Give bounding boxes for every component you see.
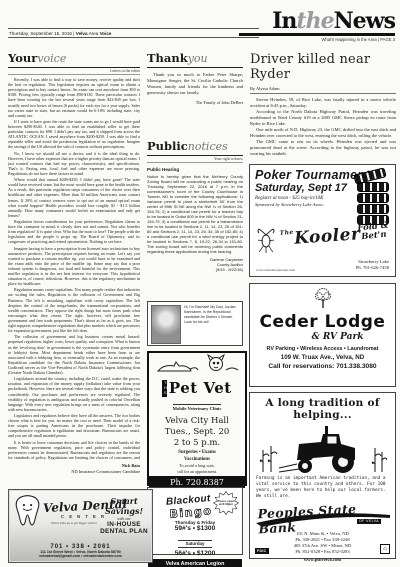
paper-name-velva: Velva xyxy=(76,31,88,36)
poker-chip xyxy=(357,204,389,214)
fdic-badge: FDIC xyxy=(255,548,269,554)
peoples-state-bank-ad: A long tradition of helping... Farming i… xyxy=(249,392,396,559)
thank-you-body: Thank you so much to Father Peter Sharpe… xyxy=(147,72,243,96)
your-voice-title-italic: voice xyxy=(37,52,66,65)
public-notices-heading: Publicnotices xyxy=(147,138,243,156)
letter-paragraph: It is better to leave consumer decisions… xyxy=(8,440,140,461)
kooler-logo-name: Kooler xyxy=(294,224,362,249)
letter-paragraph: Regulation means crony-capitalism. Not m… xyxy=(8,287,140,333)
article-paragraph: The GMC came to rest on its wheels. Hvin… xyxy=(250,139,396,156)
bank-logo: Peoples State Bank OF VELVA xyxy=(256,503,389,529)
bingo-day2: Saturday xyxy=(178,540,213,548)
driver-article: Driver killed near Ryder By Alyssa Adam … xyxy=(250,50,396,157)
poker-url: www.strawberrykooler.com xyxy=(256,268,295,272)
dental-promo: Smart Savings! with our IN-HOUSE DENTAL … xyxy=(100,496,148,535)
public-notices-section: Publicnotices Your right to know Public … xyxy=(147,138,243,273)
letter-paragraph: If I went to have gone the route the sta… xyxy=(8,119,140,150)
public-notices-title-bold: Public xyxy=(147,139,188,153)
poker-tournament-ad: Poker Tournament Saturday, Sept 17 Regis… xyxy=(249,164,396,277)
dental-tagline: Where folks go to get bigger smiles! xyxy=(51,521,97,525)
starburst-icon: Doors open at 6:30pm xyxy=(213,491,239,515)
thank-you-title-bold: Thank xyxy=(147,51,188,65)
notice-signature-dates: (9/15 - 9/22/16) xyxy=(147,267,243,272)
letter-paragraph: Regulation favors consideration for your… xyxy=(8,219,140,245)
public-notices-title-italic: notices xyxy=(188,140,228,153)
letter-signature: Nick Bata ND Insurance Commissioner Cand… xyxy=(8,463,140,474)
poker-chip xyxy=(357,182,389,192)
masthead-tagline: What's Happening in the Area | PAGE 3 xyxy=(239,37,395,42)
bank-body-text: Farming is an important American traditi… xyxy=(256,476,389,500)
poker-phone: Ph. 701-626-7458 xyxy=(356,265,389,271)
pet-vet-location: Velva City Hall xyxy=(149,417,245,427)
thank-you-section: Thankyou Thank you so much to Father Pet… xyxy=(147,50,243,106)
pet-vet-subtitle: Mobile Veterinary Clinic xyxy=(173,404,222,411)
thank-you-signature: The Family of John DeBert xyxy=(147,100,243,106)
your-voice-subtitle: Letters to the editor xyxy=(8,68,140,75)
tractor-art xyxy=(259,422,387,474)
masthead-title: IntheNews xyxy=(239,10,395,32)
dental-footer: 701 • 338 • 2061 111 1st Street West • V… xyxy=(9,544,152,559)
bingo-venue: Velva American Legion xyxy=(148,559,242,567)
tree-icon xyxy=(250,287,395,314)
masthead-the: the xyxy=(296,8,333,34)
bank-url: www.psbvelva.com xyxy=(256,557,389,562)
article-byline: By Alyssa Adam xyxy=(250,86,396,94)
dental-promo-inhouse: IN-HOUSE xyxy=(100,521,148,528)
your-voice-section: Yourvoice Letters to the editor Recently… xyxy=(8,50,140,474)
lodge-name-lodge: Lodge xyxy=(325,312,386,332)
rachael-photo xyxy=(151,305,181,344)
notice-signature: Darlene Carpenter County Auditor (9/15 -… xyxy=(147,257,243,273)
velva-dental-ad: Velva Dental C E N T E R Where folks go … xyxy=(8,489,153,563)
bank-address-line: Ph. 852-0328 • Fax 852-0283 xyxy=(256,549,389,555)
masthead: IntheNews What's Happening in the Area |… xyxy=(239,10,395,42)
public-notices-subtitle: Your right to know xyxy=(147,156,243,163)
pet-vet-services2: Vaccinations xyxy=(149,457,245,462)
poker-chip xyxy=(357,193,389,203)
dental-phone: 701 • 338 • 2061 xyxy=(9,544,152,550)
notice-body: Notice is hereby given that the McHenry … xyxy=(147,174,243,254)
thank-you-title-italic: you xyxy=(188,52,208,65)
dental-promo-plan: DENTAL PLAN xyxy=(100,528,148,535)
pet-vet-note-line2: call for an appointment. xyxy=(149,469,245,474)
pet-vet-the: THE xyxy=(162,380,167,397)
kooler-logo-the: The xyxy=(279,229,294,237)
bingo-value1: 59#'s • $1300 xyxy=(148,525,242,532)
dental-web: velvadental@gmail.com • velvadentalcente… xyxy=(9,554,152,558)
masthead-in: In xyxy=(272,8,296,34)
lodge-services: RV Parking • Wireless Access • Laundroma… xyxy=(250,346,395,352)
lodge-rv-park-script: & RV Park xyxy=(280,332,395,342)
rachael-text: Hi, I'm Rachael! My Dad, Jordan Kanniane… xyxy=(184,305,239,342)
letter-paragraph: Legislators and regulators believe they … xyxy=(8,413,140,439)
bank-logo-sub: OF VELVA xyxy=(357,519,381,524)
date-text: Thursday, September 15, 2016 xyxy=(9,31,72,36)
paper-name-area: Area xyxy=(89,31,99,36)
lodge-name: Ceder Lodge xyxy=(250,314,395,331)
bingo-burst-text: Doors open at 6:30pm xyxy=(214,492,238,514)
fold-betn-script: Fold & Bet'n xyxy=(357,221,390,242)
dental-promo-smart: Smart Savings! xyxy=(100,496,148,516)
letter-paragraph: Legislatures around the country, includi… xyxy=(8,376,140,412)
letter-signature-role: ND Insurance Commissioner Candidate xyxy=(8,469,140,475)
paper-name-voice: Voice xyxy=(100,31,112,36)
article-paragraph: One mile north of N.D. Highway 23, the G… xyxy=(250,127,396,138)
blackout-bingo-ad: Doors open at 6:30pm Blackout Bingo Thur… xyxy=(147,487,243,555)
pet-vet-time: 2 to 5 p.m. xyxy=(149,439,245,449)
dateline-separator: | xyxy=(73,31,74,36)
pets-art xyxy=(154,354,240,374)
letter-paragraph: No, I know we should all see a doctor, a… xyxy=(8,151,140,177)
tooth-icon xyxy=(14,495,41,531)
masthead-news: News xyxy=(334,8,395,34)
fold-betn-line2: Bet'n xyxy=(358,230,390,242)
bank-headline: A long tradition of helping... xyxy=(256,397,389,421)
article-paragraph: Steven Hvinden, 59, of Rice Lake, was fa… xyxy=(250,97,396,108)
ceder-lodge-ad: Ceder Lodge & RV Park RV Parking • Wirel… xyxy=(249,283,396,387)
lodge-address: 109 W. Truax Ave., Velva, ND xyxy=(250,354,395,361)
poker-chips-icon xyxy=(354,171,388,226)
newspaper-page: Thursday, September 15, 2016 | Velva Are… xyxy=(0,0,400,567)
pet-vet-ad: THE Pet Vet Mobile Veterinary Clinic Vel… xyxy=(147,351,247,486)
kooler-logo: TheKooler xyxy=(279,224,361,250)
letter-paragraph: Recently, I was able to find a way to sa… xyxy=(8,77,140,118)
crawfish-icon xyxy=(254,227,278,260)
poker-location-block: Strawberry Lake Ph. 701-626-7458 xyxy=(356,259,389,271)
your-voice-title-bold: Your xyxy=(8,51,37,65)
lodge-phone: Call for reservations: 701.338.3080 xyxy=(250,363,395,370)
pet-vet-logo: THE Pet Vet xyxy=(149,379,245,397)
thank-you-heading: Thankyou xyxy=(147,50,243,68)
letter-body: Recently, I was able to find a way to sa… xyxy=(8,77,140,461)
bingo-value2: 56#'s • $1200 xyxy=(148,550,242,557)
letter-paragraph: Where would that annual $200-$250, I did… xyxy=(8,177,140,218)
your-voice-heading: Yourvoice xyxy=(8,50,140,68)
notice-heading: Public Hearing xyxy=(147,167,243,172)
letter-paragraph: Imagine having to have a prescription fr… xyxy=(8,246,140,287)
equal-housing-icon: ⌂ xyxy=(380,544,390,554)
letter-paragraph: The collusion of government and big busi… xyxy=(8,334,140,375)
pet-vet-date: Tues., Sept. 20 xyxy=(149,428,245,438)
lodge-name-ceder: Ceder xyxy=(260,312,319,332)
kannianen-campaign-ad: Hi, I'm Rachael! My Dad, Jordan Kanniane… xyxy=(147,301,243,346)
pet-vet-services1: Surgeries • Exams xyxy=(149,450,245,455)
article-paragraph: According to the North Dakota Highway Pa… xyxy=(250,109,396,126)
pet-vet-name: Pet Vet xyxy=(169,379,232,397)
dateline: Thursday, September 15, 2016 | Velva Are… xyxy=(8,28,259,38)
article-title: Driver killed near Ryder xyxy=(250,52,396,82)
pet-vet-note: To avoid a long wait, call for an appoin… xyxy=(149,463,245,474)
